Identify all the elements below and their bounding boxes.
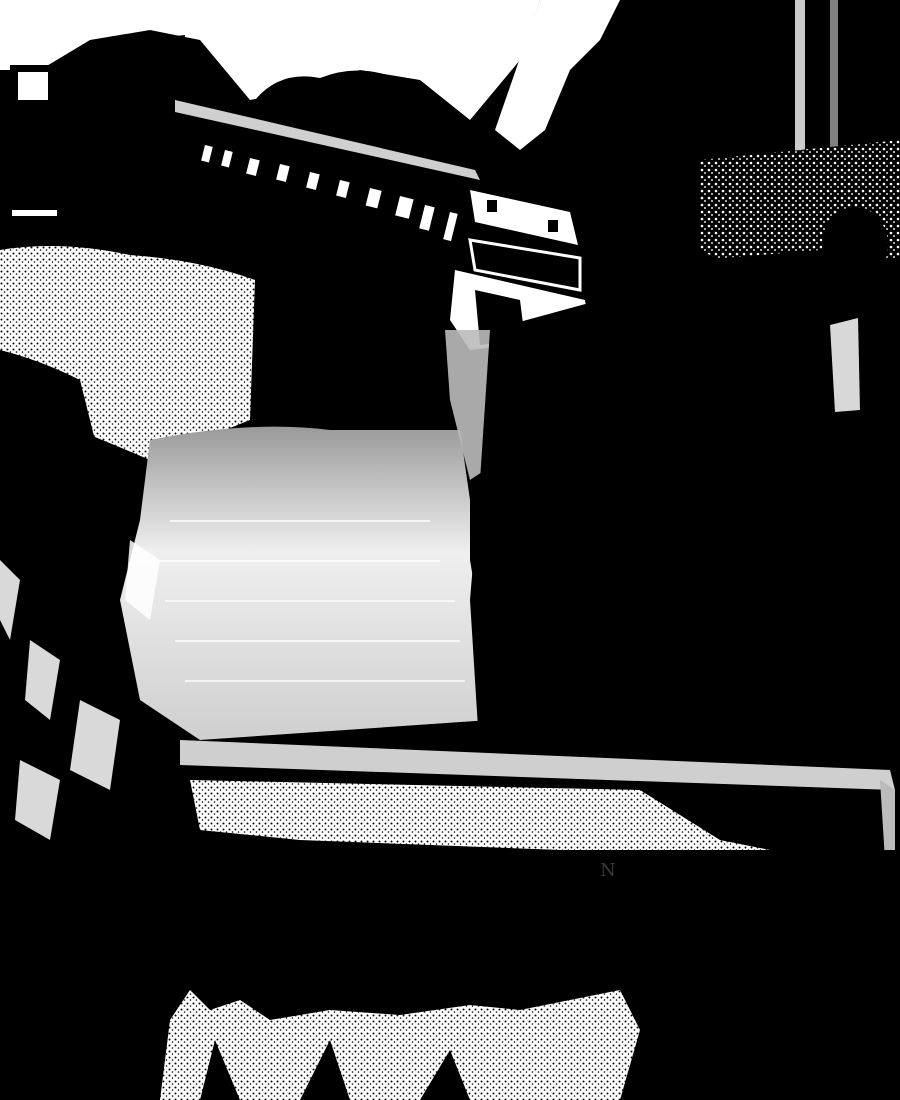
photo-scene: N xyxy=(0,0,900,1100)
photo-canvas xyxy=(0,0,900,1100)
scan-artifact-glyph: N xyxy=(600,860,616,881)
river-water xyxy=(120,427,490,740)
